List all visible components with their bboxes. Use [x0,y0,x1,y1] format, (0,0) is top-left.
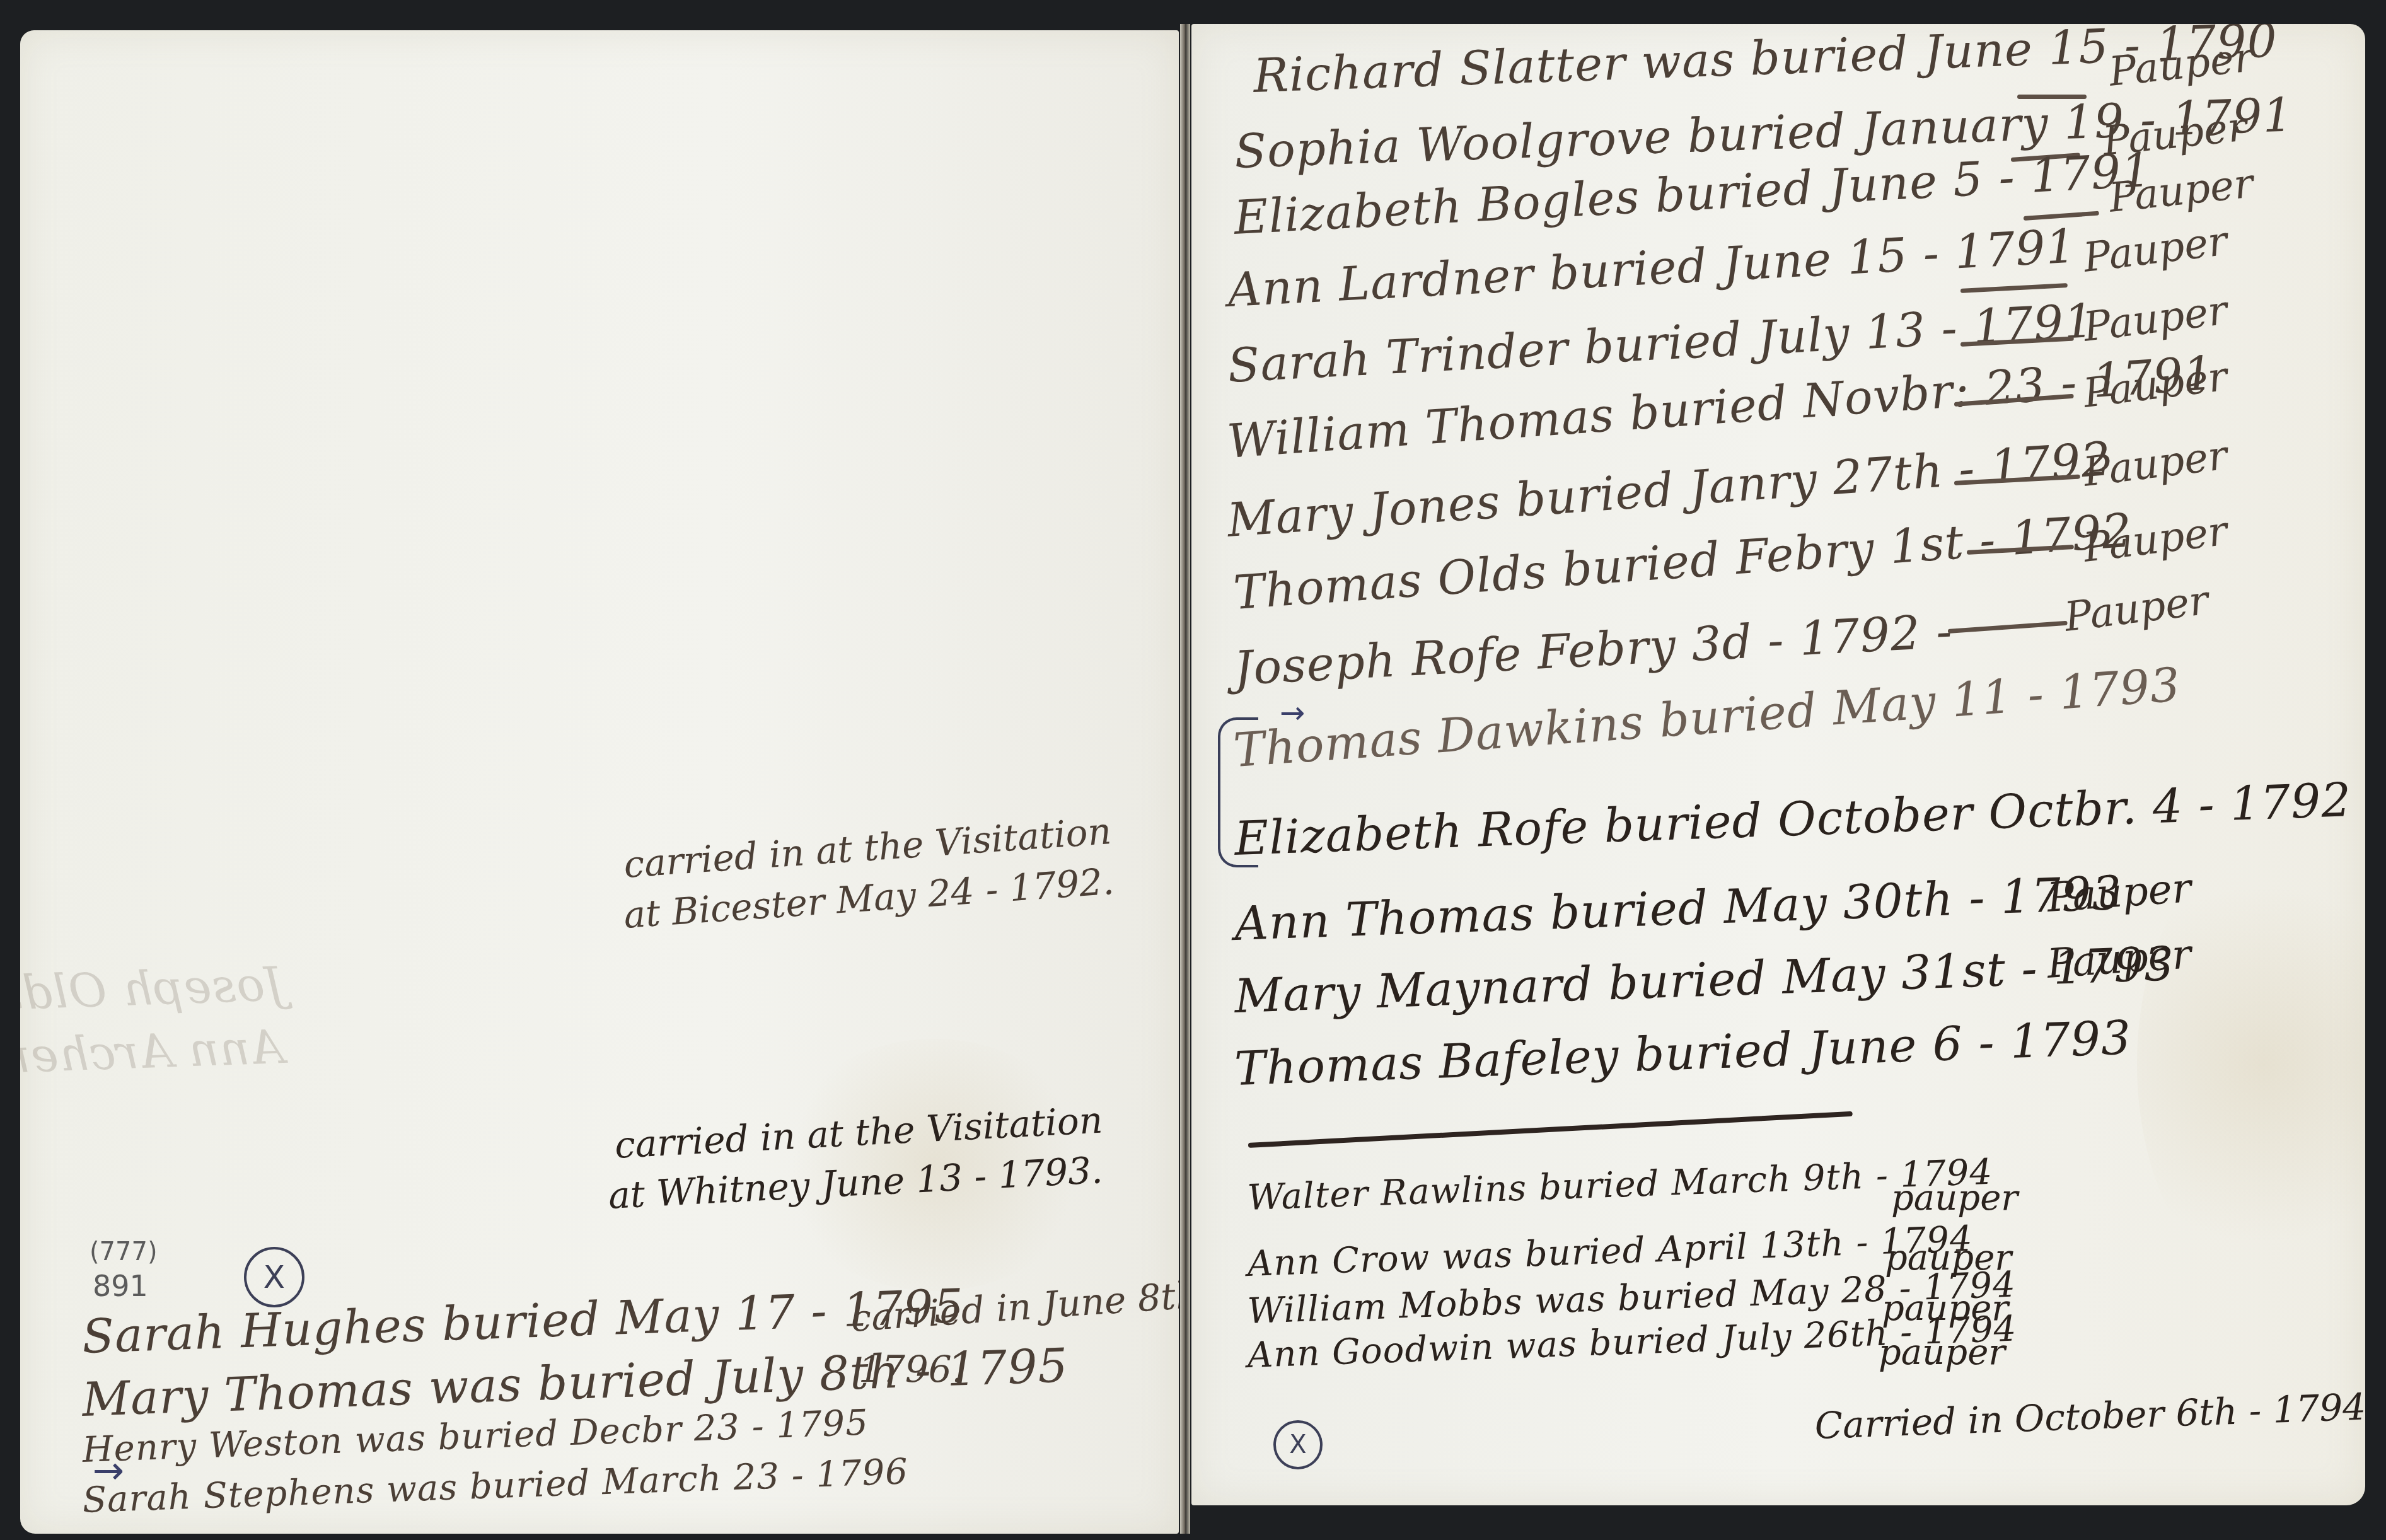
section-divider [1248,1111,1853,1148]
pauper-label: Pauper [2081,287,2230,351]
burial-entry: Mary Maynard buried May 31st - 1793 [1234,937,2175,1024]
burial-entry: Thomas Bafeley buried June 6 - 1793 [1234,1010,2132,1096]
burial-entry: Ann Thomas buried May 30th - 1793 [1234,866,2123,951]
pencil-reference: (777) [90,1237,158,1266]
burial-entry: Walter Rawlins buried March 9th - 1794 [1247,1152,1993,1219]
register-spread: Joseph Olds buried July 5 - 1798 Ann Arc… [0,0,2386,1540]
pauper-label: Pauper [2081,218,2230,282]
burial-entry: Elizabeth Rofe buried October Octbr. 4 -… [1234,773,2353,866]
left-page: Joseph Olds buried July 5 - 1798 Ann Arc… [20,30,1179,1534]
pauper-label: Pauper [2062,577,2211,641]
entry-dash [1960,283,2068,293]
carried-in-note: Carried in October 6th - 1794 [1814,1386,2365,1447]
book-gutter [1180,24,1190,1534]
circled-x-mark-icon: X [244,1247,304,1307]
pauper-label: pauper [1891,1178,2018,1219]
bleed-through-text: Ann Archer buried July 17 - 1798 [20,1020,285,1102]
pencil-reference: 891 [93,1269,148,1303]
right-page: Richard Slatter was buried June 15 - 179… [1191,24,2365,1505]
entry-dash [1948,621,2068,634]
circled-x-mark-icon: X [1273,1420,1323,1469]
pauper-label: pauper [1879,1332,2005,1373]
